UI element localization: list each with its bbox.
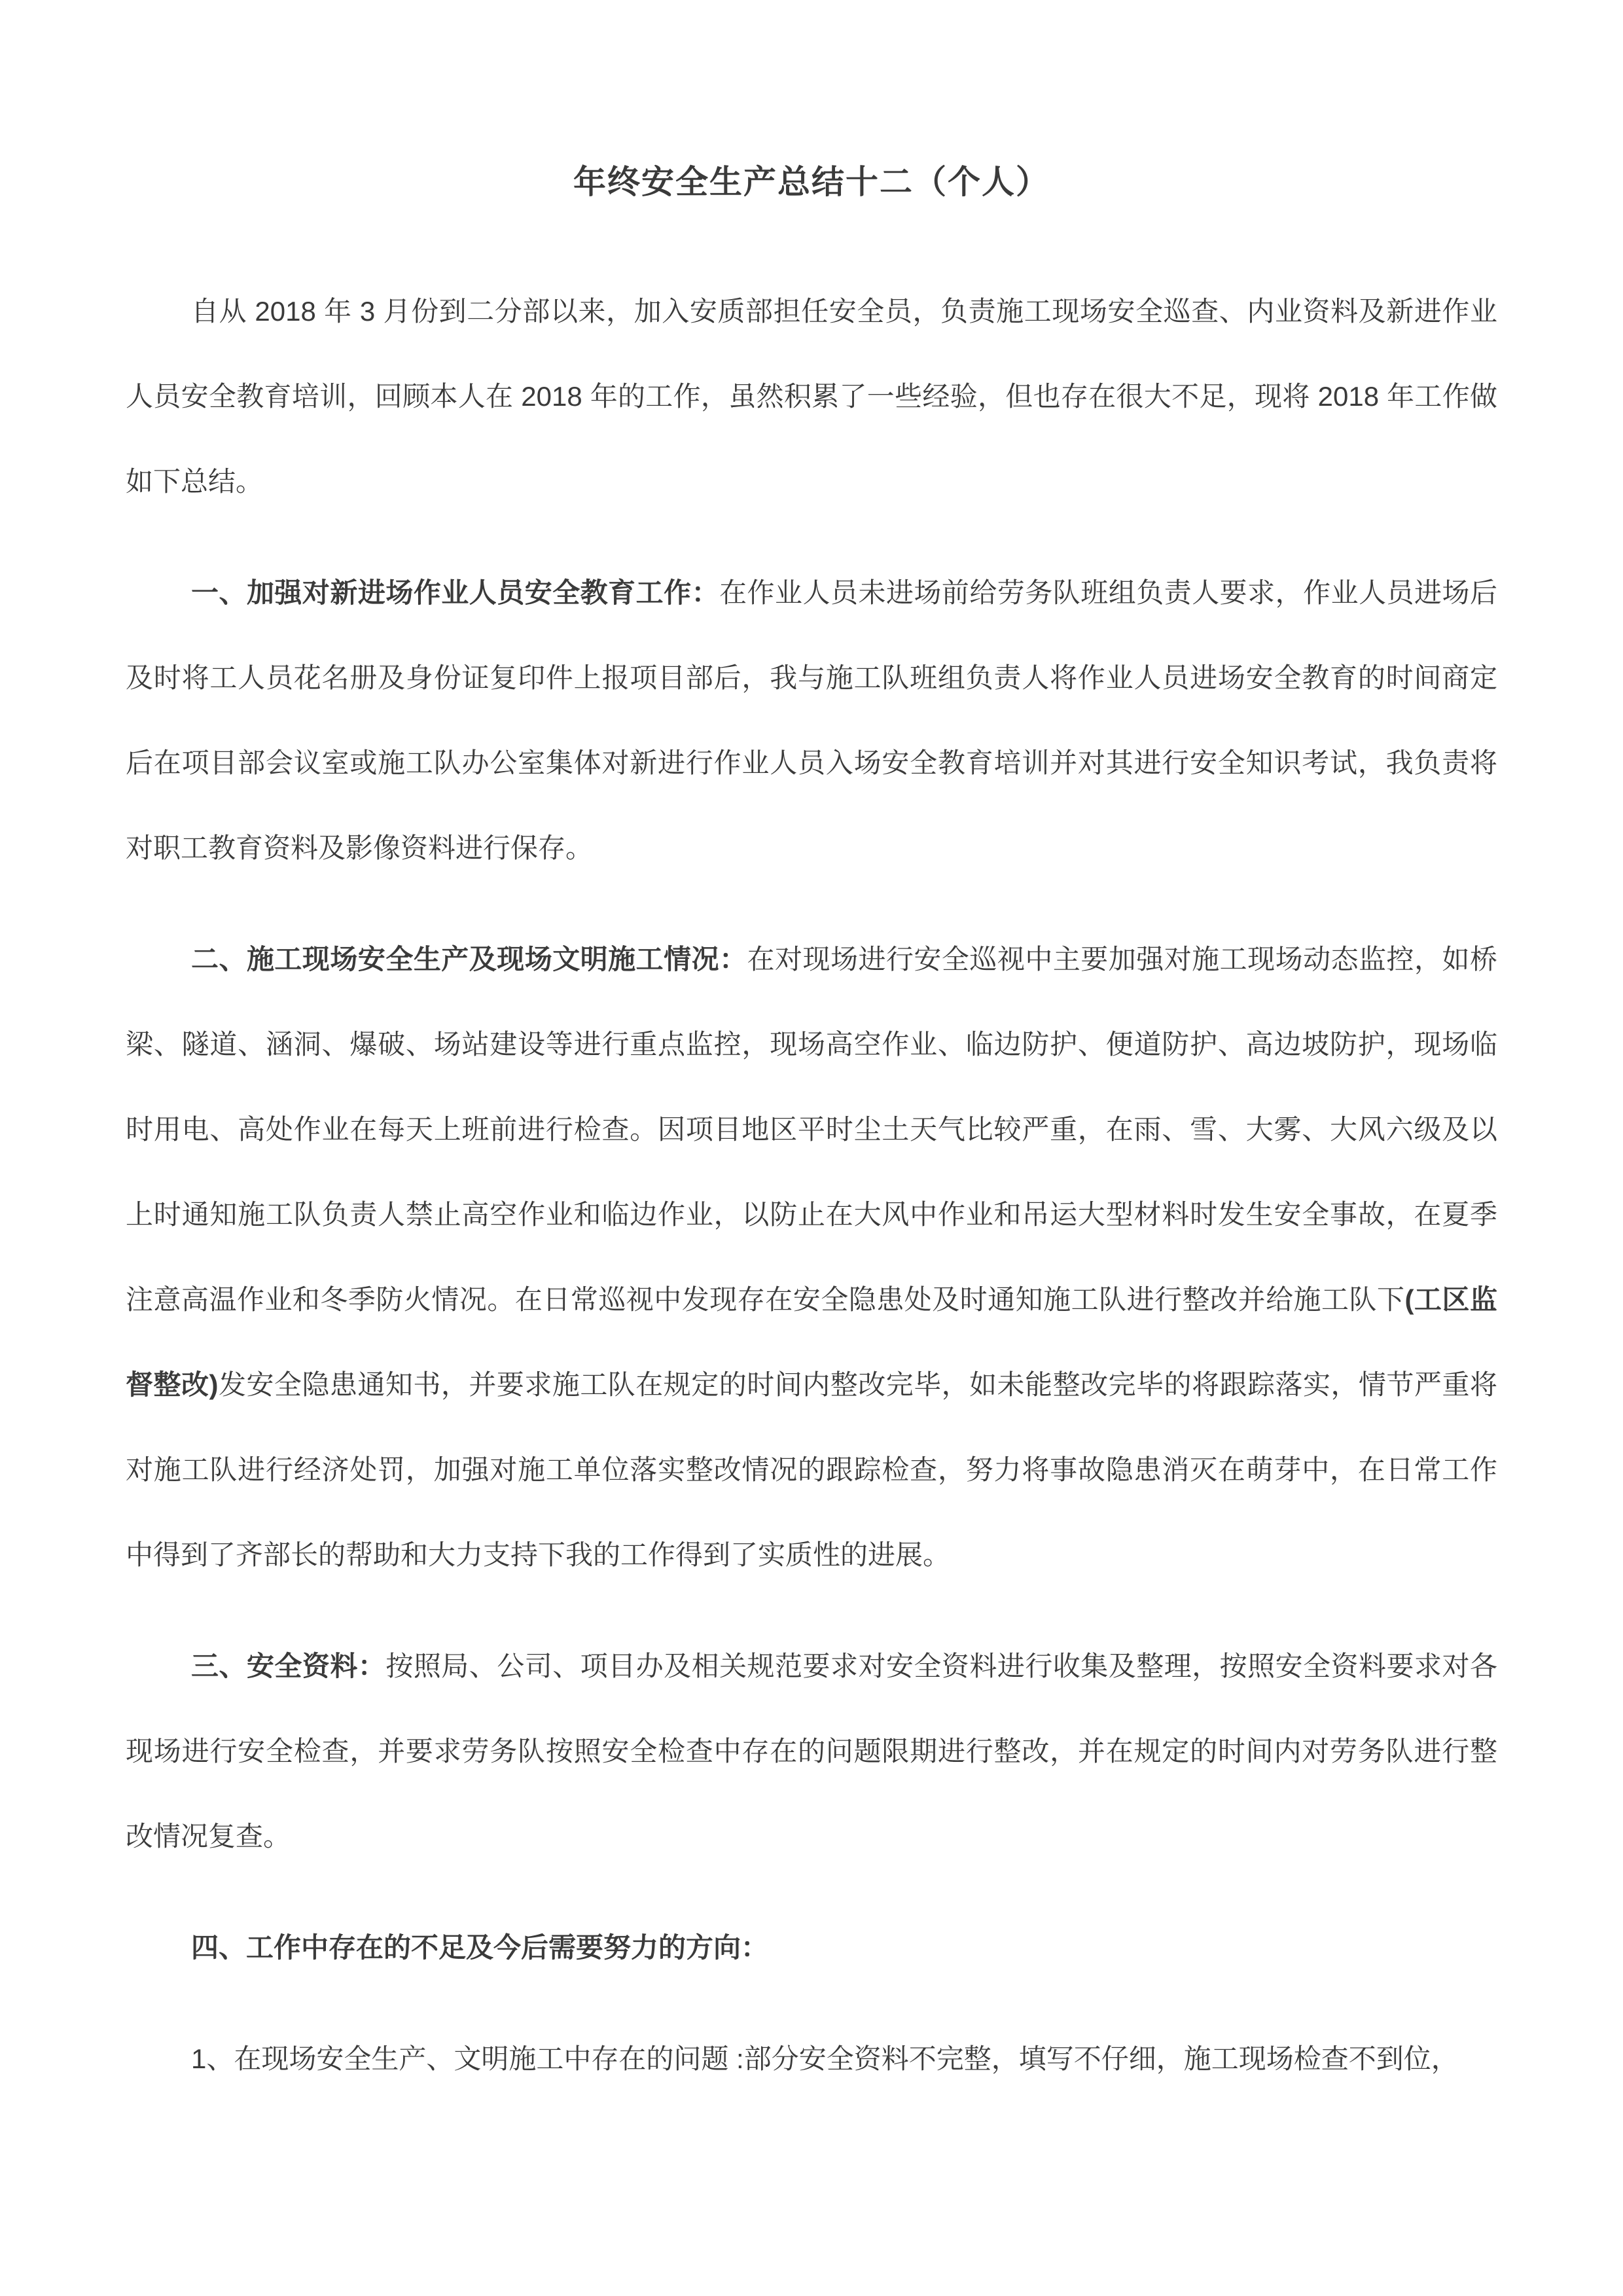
section-2-body-after-bold: 发安全隐患通知书，并要求施工队在规定的时间内整改完毕，如未能整改完毕的将跟踪落实…: [126, 1369, 1497, 1570]
intro-text: 自从 2018 年 3 月份到二分部以来，加入安质部担任安全员，负责施工现场安全…: [126, 296, 1497, 497]
section-1-heading: 一、加强对新进场作业人员安全教育工作：: [191, 577, 719, 608]
section-2-body-before-bold: 在对现场进行安全巡视中主要加强对施工现场动态监控，如桥梁、隧道、涵洞、爆破、场站…: [126, 944, 1497, 1315]
section-3-heading: 三、安全资料：: [191, 1651, 385, 1681]
document-title: 年终安全生产总结十二（个人）: [126, 160, 1497, 204]
paragraph-intro: 自从 2018 年 3 月份到二分部以来，加入安质部担任安全员，负责施工现场安全…: [126, 269, 1497, 524]
paragraph-section-1: 一、加强对新进场作业人员安全教育工作：在作业人员未进场前给劳务队班组负责人要求，…: [126, 550, 1497, 891]
document-page: 年终安全生产总结十二（个人） 自从 2018 年 3 月份到二分部以来，加入安质…: [0, 0, 1623, 2296]
section-1-body: 在作业人员未进场前给劳务队班组负责人要求，作业人员进场后及时将工人员花名册及身份…: [126, 577, 1497, 863]
paragraph-section-3: 三、安全资料：按照局、公司、项目办及相关规范要求对安全资料进行收集及整理，按照安…: [126, 1624, 1497, 1879]
paragraph-section-2: 二、施工现场安全生产及现场文明施工情况：在对现场进行安全巡视中主要加强对施工现场…: [126, 917, 1497, 1598]
section-2-heading: 二、施工现场安全生产及现场文明施工情况：: [191, 944, 747, 975]
paragraph-subitem-1: 1、在现场安全生产、文明施工中存在的问题 :部分安全资料不完整，填写不仔细，施工…: [126, 2017, 1497, 2102]
paragraph-section-4-heading: 四、工作中存在的不足及今后需要努力的方向：: [126, 1905, 1497, 1990]
